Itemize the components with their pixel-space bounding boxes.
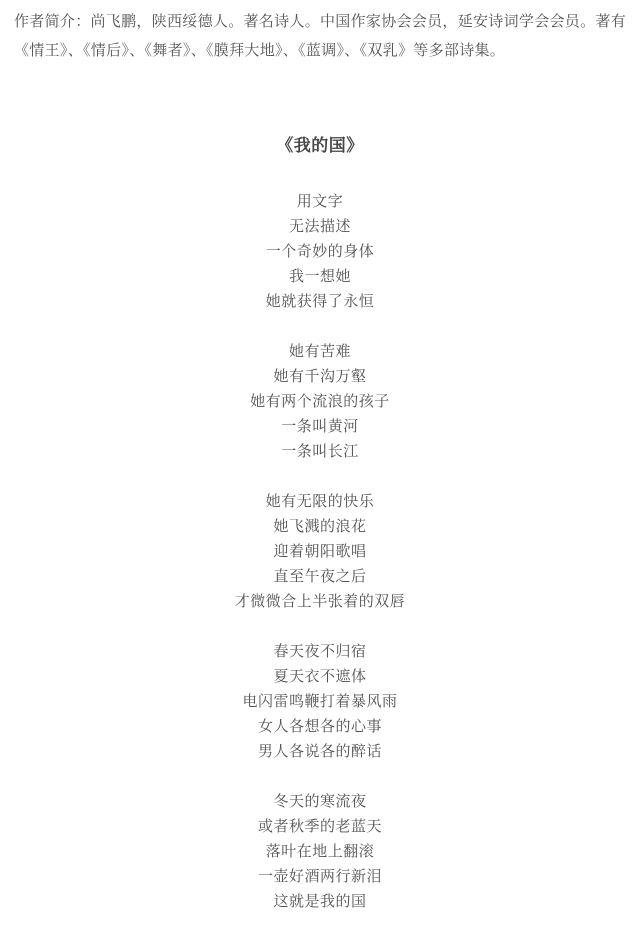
poem-stanza-5: 冬天的寒流夜 或者秋季的老蓝天 落叶在地上翻滚 一壶好酒两行新泪 这就是我的国 (14, 789, 626, 914)
poem-line: 一个奇妙的身体 (14, 239, 626, 264)
poem-line: 电闪雷鸣鞭打着暴风雨 (14, 689, 626, 714)
poem-line: 一条叫长江 (14, 439, 626, 464)
poem-line: 她有千沟万壑 (14, 364, 626, 389)
author-intro-paragraph: 作者简介：尚飞鹏，陕西绥德人。著名诗人。中国作家协会会员，延安诗词学会会员。著有… (14, 7, 626, 65)
poem-stanza-2: 她有苦难 她有千沟万壑 她有两个流浪的孩子 一条叫黄河 一条叫长江 (14, 339, 626, 464)
poem-line: 她飞溅的浪花 (14, 514, 626, 539)
poem-title: 《我的国》 (14, 133, 626, 158)
poem-line: 迎着朝阳歌唱 (14, 539, 626, 564)
poem: 《我的国》 用文字 无法描述 一个奇妙的身体 我一想她 她就获得了永恒 她有苦难… (14, 133, 626, 914)
poem-line: 一条叫黄河 (14, 414, 626, 439)
poem-line: 直至午夜之后 (14, 564, 626, 589)
poem-line: 无法描述 (14, 214, 626, 239)
poem-line: 女人各想各的心事 (14, 714, 626, 739)
poem-line: 春天夜不归宿 (14, 639, 626, 664)
poem-line: 一壶好酒两行新泪 (14, 864, 626, 889)
poem-line: 用文字 (14, 189, 626, 214)
poem-stanza-4: 春天夜不归宿 夏天衣不遮体 电闪雷鸣鞭打着暴风雨 女人各想各的心事 男人各说各的… (14, 639, 626, 764)
poem-line: 她有苦难 (14, 339, 626, 364)
poem-line: 男人各说各的醉话 (14, 739, 626, 764)
poem-line: 夏天衣不遮体 (14, 664, 626, 689)
poem-line: 我一想她 (14, 264, 626, 289)
poem-line: 才微微合上半张着的双唇 (14, 589, 626, 614)
poem-line: 或者秋季的老蓝天 (14, 814, 626, 839)
poem-line: 冬天的寒流夜 (14, 789, 626, 814)
poem-line: 落叶在地上翻滚 (14, 839, 626, 864)
poem-line: 这就是我的国 (14, 889, 626, 914)
poem-line: 她有无限的快乐 (14, 489, 626, 514)
poem-stanza-1: 用文字 无法描述 一个奇妙的身体 我一想她 她就获得了永恒 (14, 189, 626, 314)
poem-line: 她有两个流浪的孩子 (14, 389, 626, 414)
poem-line: 她就获得了永恒 (14, 289, 626, 314)
poem-stanza-3: 她有无限的快乐 她飞溅的浪花 迎着朝阳歌唱 直至午夜之后 才微微合上半张着的双唇 (14, 489, 626, 614)
